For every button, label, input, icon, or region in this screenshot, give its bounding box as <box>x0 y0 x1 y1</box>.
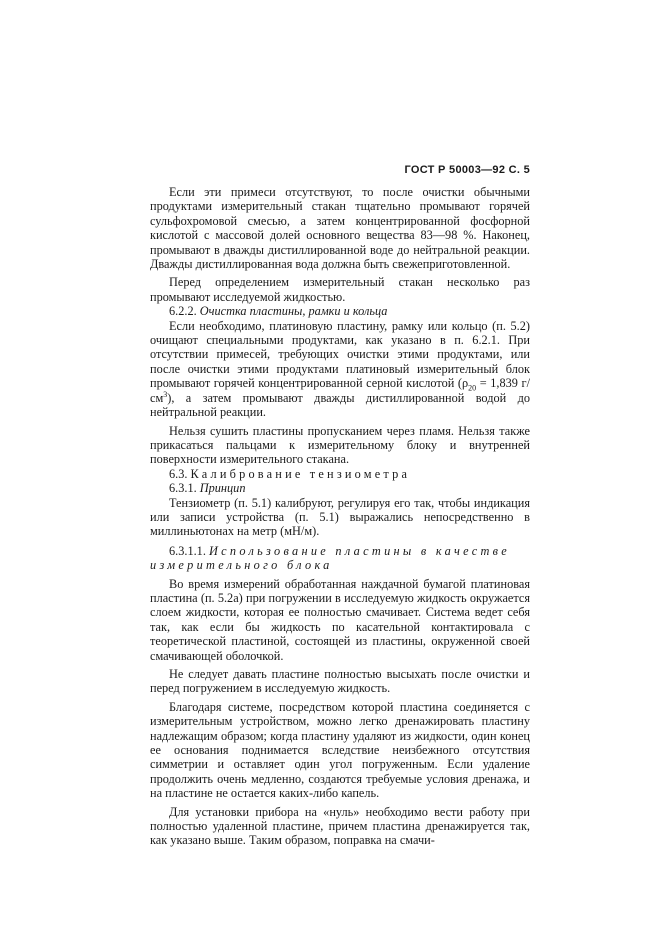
paragraph: Во время измерений обработанная наждачно… <box>150 577 530 663</box>
section-title: Калибрование тензиометра <box>191 467 411 481</box>
document-body: Если эти примеси отсутствуют, то после о… <box>150 185 530 848</box>
section-heading-6-2-2: 6.2.2. Очистка пластины, рамки и кольца <box>150 304 530 318</box>
paragraph: Если эти примеси отсутствуют, то после о… <box>150 185 530 271</box>
section-heading-6-3-1-1: 6.3.1.1. Использование пластины в качест… <box>150 544 530 573</box>
paragraph: Для установки прибора на «нуль» необходи… <box>150 805 530 848</box>
section-title: Очистка пластины, рамки и кольца <box>200 304 388 318</box>
paragraph: Не следует давать пластине полностью выс… <box>150 667 530 696</box>
paragraph: Тензиометр (п. 5.1) калибруют, регулируя… <box>150 496 530 539</box>
section-number: 6.3.1. <box>169 481 197 495</box>
running-header: ГОСТ Р 50003—92 С. 5 <box>384 164 530 176</box>
section-heading-6-3-1: 6.3.1. Принцип <box>150 481 530 495</box>
paragraph: Нельзя сушить пластины пропусканием чере… <box>150 424 530 467</box>
paragraph: Перед определением измерительный стакан … <box>150 275 530 304</box>
paragraph: Если необходимо, платиновую пластину, ра… <box>150 319 530 420</box>
paragraph: Благодаря системе, посредством которой п… <box>150 700 530 801</box>
text: ), а затем промывают дважды дистиллирова… <box>150 391 530 419</box>
section-heading-6-3: 6.3. Калибрование тензиометра <box>150 467 530 481</box>
section-number: 6.2.2. <box>169 304 197 318</box>
section-number: 6.3. <box>169 467 187 481</box>
section-title: Принцип <box>200 481 246 495</box>
section-number: 6.3.1.1. <box>169 544 206 558</box>
text: Если необходимо, платиновую пластину, ра… <box>150 319 530 391</box>
